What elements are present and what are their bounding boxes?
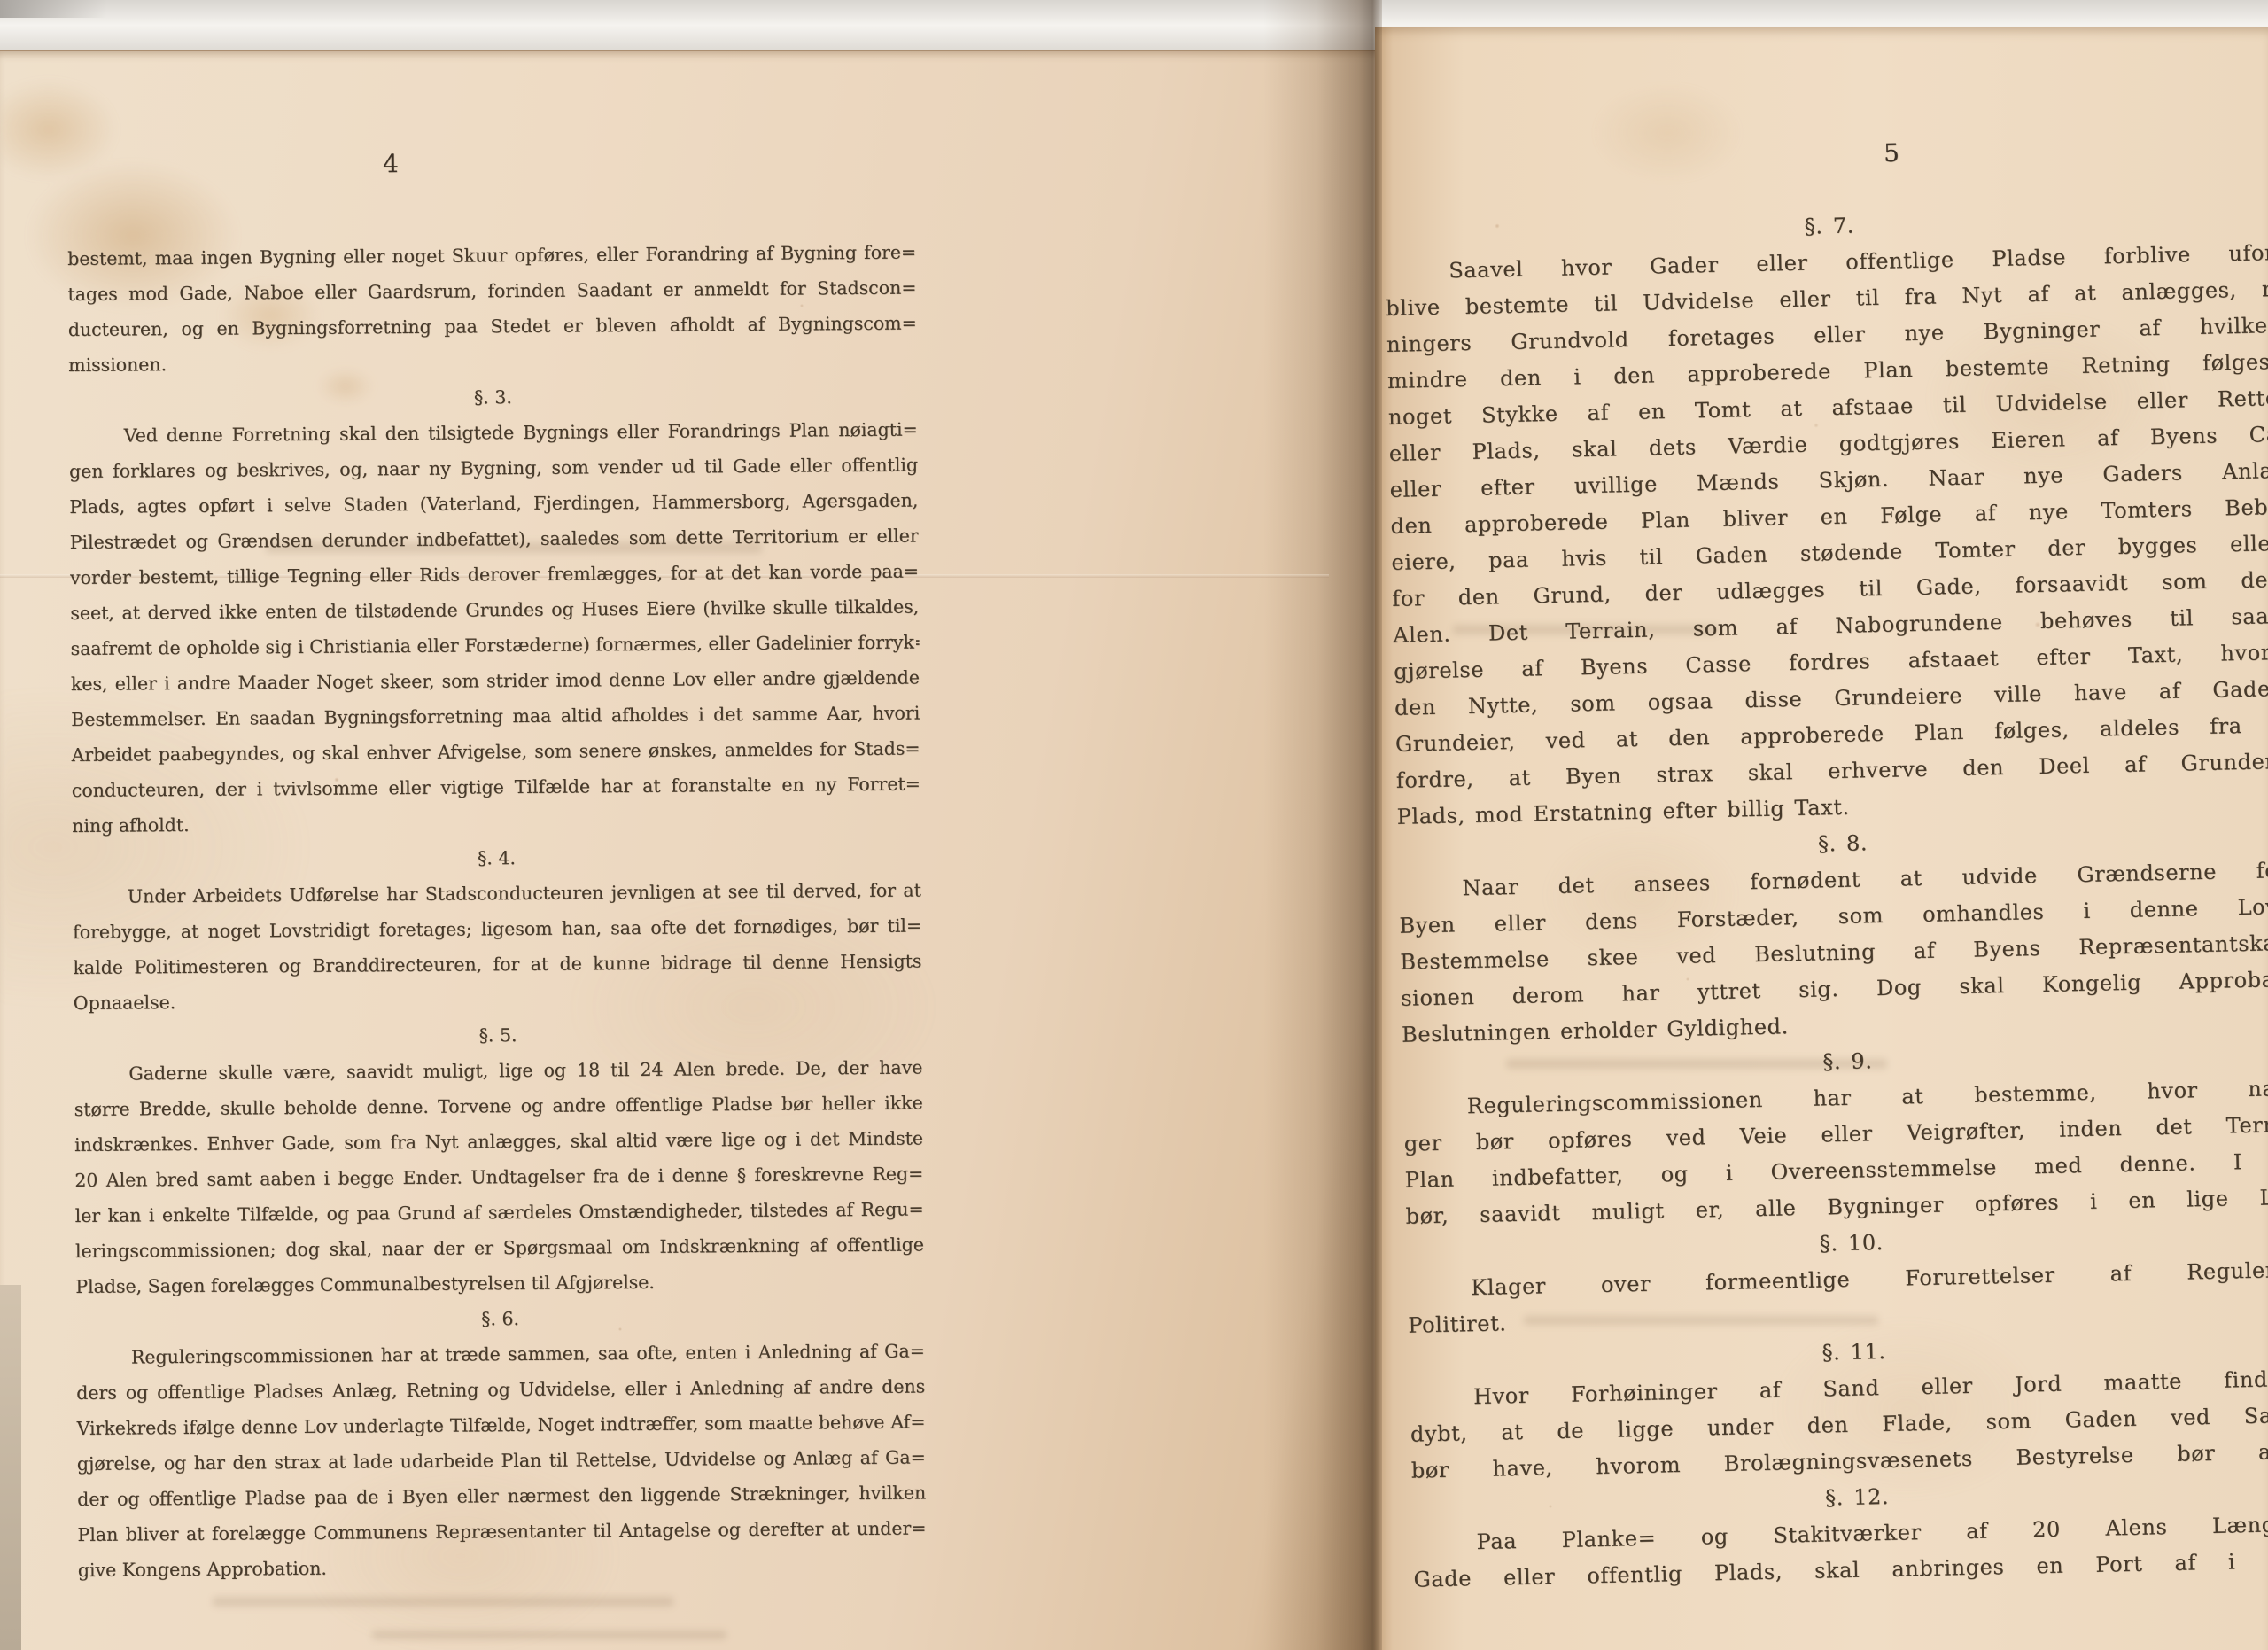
text-line: conducteuren, der i tvivlsomme eller vig… — [72, 766, 920, 808]
page-edge-bottom-left — [0, 1285, 21, 1650]
text-line: give Kongens Approbation. — [78, 1545, 927, 1588]
page-number-left: 4 — [383, 149, 399, 178]
book-scan: 4 5 bestemt, maa ingen Bygning eller nog… — [0, 0, 2268, 1650]
page-number-right: 5 — [1884, 138, 1900, 167]
scanner-corner-shadow — [0, 0, 106, 18]
text-line: leringscommissionen; dog skal, naar der … — [75, 1226, 924, 1269]
text-line: ducteuren, og en Bygningsforretning paa … — [68, 305, 917, 347]
text-column-left: bestemt, maa ingen Bygning eller noget S… — [67, 234, 927, 1587]
text-line: Plan bliver at forelægge Communens Repræ… — [77, 1510, 926, 1553]
text-column-right: §. 7.Saavel hvor Gader eller offentlige … — [1384, 198, 2268, 1599]
text-line: kalde Politimesteren og Branddirecteuren… — [73, 943, 921, 985]
